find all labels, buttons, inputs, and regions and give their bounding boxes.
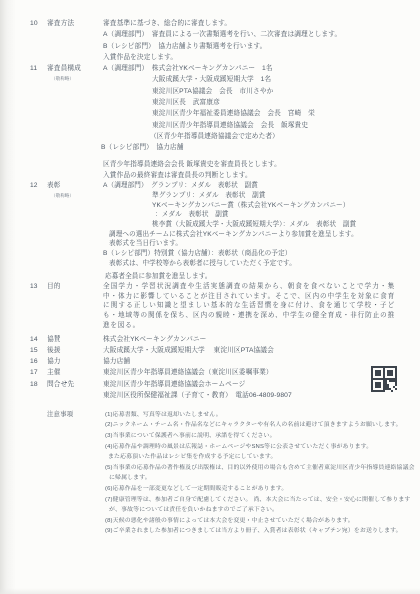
doc-text: 表彰式を当日行います。: [109, 239, 182, 249]
notes-label: 注意事項: [47, 410, 73, 421]
note-line: (7)健康管理等は、参加者ご自身で配慮してください。 尚、本大会に当たっては、安…: [105, 495, 402, 516]
doc-line: 東淀川区青少年指導員連絡協議会（東淀川区委嘱事業）: [103, 367, 402, 378]
notes-section: 注意事項(1)応募書類、写真等は返却いたしません。(2)ニックネーム・チーム名・…: [30, 410, 402, 537]
doc-line: 東淀川区PTA協議会 会長 市川さやか: [103, 86, 402, 97]
note-line: (8)天候の悪化や諸般の事情によっては本大会を変更・中止させていただく場合があり…: [105, 516, 402, 527]
note-text: (1)応募書類、写真等は返却いたしません。: [105, 410, 415, 421]
doc-text: 東淀川区長 武富康彦: [152, 97, 220, 108]
doc-line: 表彰式を当日行います。: [103, 239, 402, 249]
section-label: 後援: [47, 345, 61, 356]
note-line: また応募頂いた作品はレシピ集を作成する予定にしています。: [105, 452, 402, 463]
note-line: (6)応募作品を一部変更などして一定期間販売することがあります。: [105, 484, 402, 495]
note-text: (2)ニックネーム・チーム名・作品名などにキャラクターや有名人の名前は避けて頂き…: [105, 420, 415, 431]
note-line: (1)応募書類、写真等は返却いたしません。: [105, 410, 402, 421]
doc-text: 大阪成蹊大学・大阪成蹊短期大学 東淀川区PTA協議会: [103, 345, 274, 356]
doc-line: 入賞作品を決定します。: [103, 52, 402, 63]
doc-text: B（レシピ部門） 協力店舗より書類選考を行います。: [103, 41, 266, 52]
doc-line: 株式会社YKベーキングカンパニー: [103, 334, 402, 345]
doc-text: B（レシピ部門） 協力店舗: [101, 142, 184, 153]
doc-text: 応募者全員に参加賞を進呈します。: [105, 272, 212, 282]
doc-text: 入賞作品の最終審査は審査員長の判断とします。: [103, 170, 252, 181]
note-line: (5)当事業の応募作品の著作権及び出版権は、目的以外使用の場合も含めて主催者東淀…: [105, 463, 402, 484]
doc-text: 株式会社YKベーキングカンパニー: [103, 334, 206, 345]
doc-line: 東淀川区青少年指導員連絡協議会 会長 飯塚貴史: [103, 120, 402, 131]
note-text: (4)応募作品や調理時の風景は広報誌・ホームページやSNS等に公表させていただく…: [105, 442, 415, 453]
doc-line: 審査基準に基づき、総合的に審査します。: [103, 18, 402, 29]
doc-text: 区青少年指導員連絡会会長 飯塚貴史を審査員長とします。: [103, 159, 281, 170]
section-number: 12: [30, 181, 38, 191]
doc-text: 桃李賞（大阪成蹊大学・大阪成蹊短期大学）：メダル 表彰状 副賞: [152, 220, 356, 230]
section-number: 16: [30, 356, 38, 367]
doc-text: 東淀川区青少年指導員連絡協議会（東淀川区委嘱事業）: [103, 367, 273, 378]
doc-text: 大阪成蹊大学・大阪成蹊短期大学 1名: [152, 74, 271, 85]
note-line: (2)ニックネーム・チーム名・作品名などにキャラクターや有名人の名前は避けて頂き…: [105, 420, 402, 431]
note-text: また応募頂いた作品はレシピ集を作成する予定にしています。: [108, 452, 418, 463]
note-text: (7)健康管理等は、参加者ご自身で配慮してください。 尚、本大会に当たっては、安…: [105, 495, 415, 516]
doc-line: 入賞作品の最終審査は審査員長の判断とします。: [103, 170, 402, 181]
section-number: 17: [30, 367, 38, 378]
section-number: 11: [30, 63, 37, 74]
doc-line: 区青少年指導員連絡会会長 飯塚貴史を審査員長とします。: [103, 159, 402, 170]
section-number: 14: [30, 334, 38, 345]
section-number: 13: [30, 282, 38, 292]
sections: 10審査方法審査基準に基づき、総合的に審査します。A（調理部門） 審査員による一…: [30, 18, 402, 537]
doc-text: B（レシピ部門）特別賞（協力店舗）：表彰状（商品化の予定）: [103, 249, 291, 259]
doc-text: YKベーキングカンパニー賞（株式会社YKベーキングカンパニー）: [152, 201, 349, 211]
doc-text: 審査基準に基づき、総合的に審査します。: [103, 18, 231, 29]
section-sublabel: （敬称略）: [51, 191, 74, 201]
doc-line: B（レシピ部門）特別賞（協力店舗）：表彰状（商品化の予定）: [103, 249, 402, 259]
doc-line: 大阪成蹊大学・大阪成蹊短期大学 1名: [103, 74, 402, 85]
scanned-document-page: 10審査方法審査基準に基づき、総合的に審査します。A（調理部門） 審査員による一…: [0, 0, 420, 594]
doc-text: A（調理部門） 株式会社YKベーキングカンパニー 1名: [103, 63, 273, 74]
section-label: 審査方法: [47, 18, 74, 29]
section-label: 表彰: [47, 181, 60, 191]
doc-line: B（レシピ部門） 協力店舗: [103, 142, 402, 153]
doc-line: 応募者全員に参加賞を進呈します。: [103, 272, 402, 282]
section-16: 16協力協力店舗: [30, 356, 402, 367]
doc-text: 東淀川区青少年指導員連絡協議会ホームページ: [103, 379, 245, 390]
section-10: 10審査方法審査基準に基づき、総合的に審査します。A（調理部門） 審査員による一…: [30, 18, 402, 63]
section-17: 17主催東淀川区青少年指導員連絡協議会（東淀川区委嘱事業）: [30, 367, 402, 378]
note-text: (6)応募作品を一部変更などして一定期間販売することがあります。: [105, 484, 415, 495]
doc-text: （区青少年指導員連絡協議会で定めた者）: [150, 131, 279, 142]
doc-text: A（調理部門） グランプリ：メダル 表彰状 副賞: [103, 181, 258, 191]
doc-line: A（調理部門） グランプリ：メダル 表彰状 副賞: [103, 181, 402, 191]
scan-edge-shadow-bottom: [0, 588, 420, 594]
doc-text: 入賞作品を決定します。: [103, 52, 177, 63]
section-14: 14協賛株式会社YKベーキングカンパニー: [30, 334, 402, 345]
section-11: 11審査員構成（敬称略）A（調理部門） 株式会社YKベーキングカンパニー 1名大…: [30, 63, 402, 181]
qr-code: [371, 366, 397, 392]
section-number: 10: [30, 18, 38, 29]
section-label: 協賛: [47, 334, 61, 345]
doc-text: ：メダル 表彰状 副賞: [155, 210, 229, 220]
doc-text: 東淀川区青少年福祉委員連絡協議会 会長 宮崎 栄: [152, 108, 315, 119]
note-text: (5)当事業の応募作品の著作権及び出版権は、目的以外使用の場合も含めて主催者東淀…: [105, 463, 415, 484]
note-text: (8)天候の悪化や諸般の事情によっては本大会を変更・中止させていただく場合があり…: [105, 516, 415, 527]
section-label: 主催: [47, 367, 61, 378]
doc-line: 東淀川区長 武富康彦: [103, 97, 402, 108]
doc-line: ：メダル 表彰状 副賞: [103, 210, 402, 220]
doc-line: 桃李賞（大阪成蹊大学・大阪成蹊短期大学）：メダル 表彰状 副賞: [103, 220, 402, 230]
section-15: 15後援大阪成蹊大学・大阪成蹊短期大学 東淀川区PTA協議会: [30, 345, 402, 356]
section-12: 12表彰（敬称略）A（調理部門） グランプリ：メダル 表彰状 副賞準グランプリ：…: [30, 181, 402, 282]
doc-line: 準グランプリ：メダル 表彰状 副賞: [103, 191, 402, 201]
doc-line: 協力店舗: [103, 356, 402, 367]
doc-line: 大阪成蹊大学・大阪成蹊短期大学 東淀川区PTA協議会: [103, 345, 402, 356]
section-13: 13目的全国学力・学習状況調査や生活実態調査の結果から、朝食を食べないことで学力…: [30, 282, 402, 334]
doc-line: 東淀川区役所保健福祉課（子育て・教育） 電話06-4809-9807: [103, 390, 402, 401]
note-text: (9)ご卒業されました参加者につきましては当方より冊子、入賞者は表彰状（キャプテ…: [105, 526, 415, 537]
doc-text: 東淀川区青少年指導員連絡協議会 会長 飯塚貴史: [152, 120, 308, 131]
doc-text: 表彰式は、中学校等から表彰者に授与していただく予定です。: [109, 259, 296, 269]
doc-text: 調理への選出チームに株式会社YKベーキングカンパニーより参加賞を進呈します。: [109, 230, 358, 240]
doc-line: （区青少年指導員連絡協議会で定めた者）: [103, 131, 402, 142]
doc-text: A（調理部門） 審査員による一次書類選考を行い、二次審査は調理とします。: [103, 29, 341, 40]
section-18: 18問合せ先東淀川区青少年指導員連絡協議会ホームページ東淀川区役所保健福祉課（子…: [30, 379, 402, 402]
doc-text: 東淀川区PTA協議会 会長 市川さやか: [152, 86, 273, 97]
doc-line: A（調理部門） 審査員による一次書類選考を行い、二次審査は調理とします。: [103, 29, 402, 40]
note-line: (4)応募作品や調理時の風景は広報誌・ホームページやSNS等に公表させていただく…: [105, 442, 402, 453]
note-text: (3)当事業について保護者へ事前に説明、承諾を得てください。: [105, 431, 415, 442]
section-number: 15: [30, 345, 38, 356]
doc-text: 全国学力・学習状況調査や生活実態調査の結果から、朝食を食べないことで学力・集中・…: [103, 282, 395, 331]
note-line: (9)ご卒業されました参加者につきましては当方より冊子、入賞者は表彰状（キャプテ…: [105, 526, 402, 537]
section-label: 協力: [47, 356, 61, 367]
doc-line: 東淀川区青少年指導員連絡協議会ホームページ: [103, 379, 402, 390]
section-sublabel: （敬称略）: [51, 73, 74, 84]
scan-edge-shadow-left: [0, 0, 16, 594]
doc-text: 準グランプリ：メダル 表彰状 副賞: [152, 191, 266, 201]
doc-line: B（レシピ部門） 協力店舗より書類選考を行います。: [103, 41, 402, 52]
doc-line: A（調理部門） 株式会社YKベーキングカンパニー 1名: [103, 63, 402, 74]
doc-text: 協力店舗: [103, 356, 130, 367]
section-label: 問合せ先: [47, 379, 74, 390]
doc-line: 表彰式は、中学校等から表彰者に授与していただく予定です。: [103, 259, 402, 269]
section-number: 18: [30, 379, 38, 390]
doc-line: 東淀川区青少年福祉委員連絡協議会 会長 宮崎 栄: [103, 108, 402, 119]
section-label: 目的: [47, 282, 60, 292]
doc-line: 全国学力・学習状況調査や生活実態調査の結果から、朝食を食べないことで学力・集中・…: [103, 282, 402, 331]
doc-line: 調理への選出チームに株式会社YKベーキングカンパニーより参加賞を進呈します。: [103, 230, 402, 240]
doc-line: YKベーキングカンパニー賞（株式会社YKベーキングカンパニー）: [103, 201, 402, 211]
doc-text: 東淀川区役所保健福祉課（子育て・教育） 電話06-4809-9807: [103, 390, 292, 401]
note-line: (3)当事業について保護者へ事前に説明、承諾を得てください。: [105, 431, 402, 442]
